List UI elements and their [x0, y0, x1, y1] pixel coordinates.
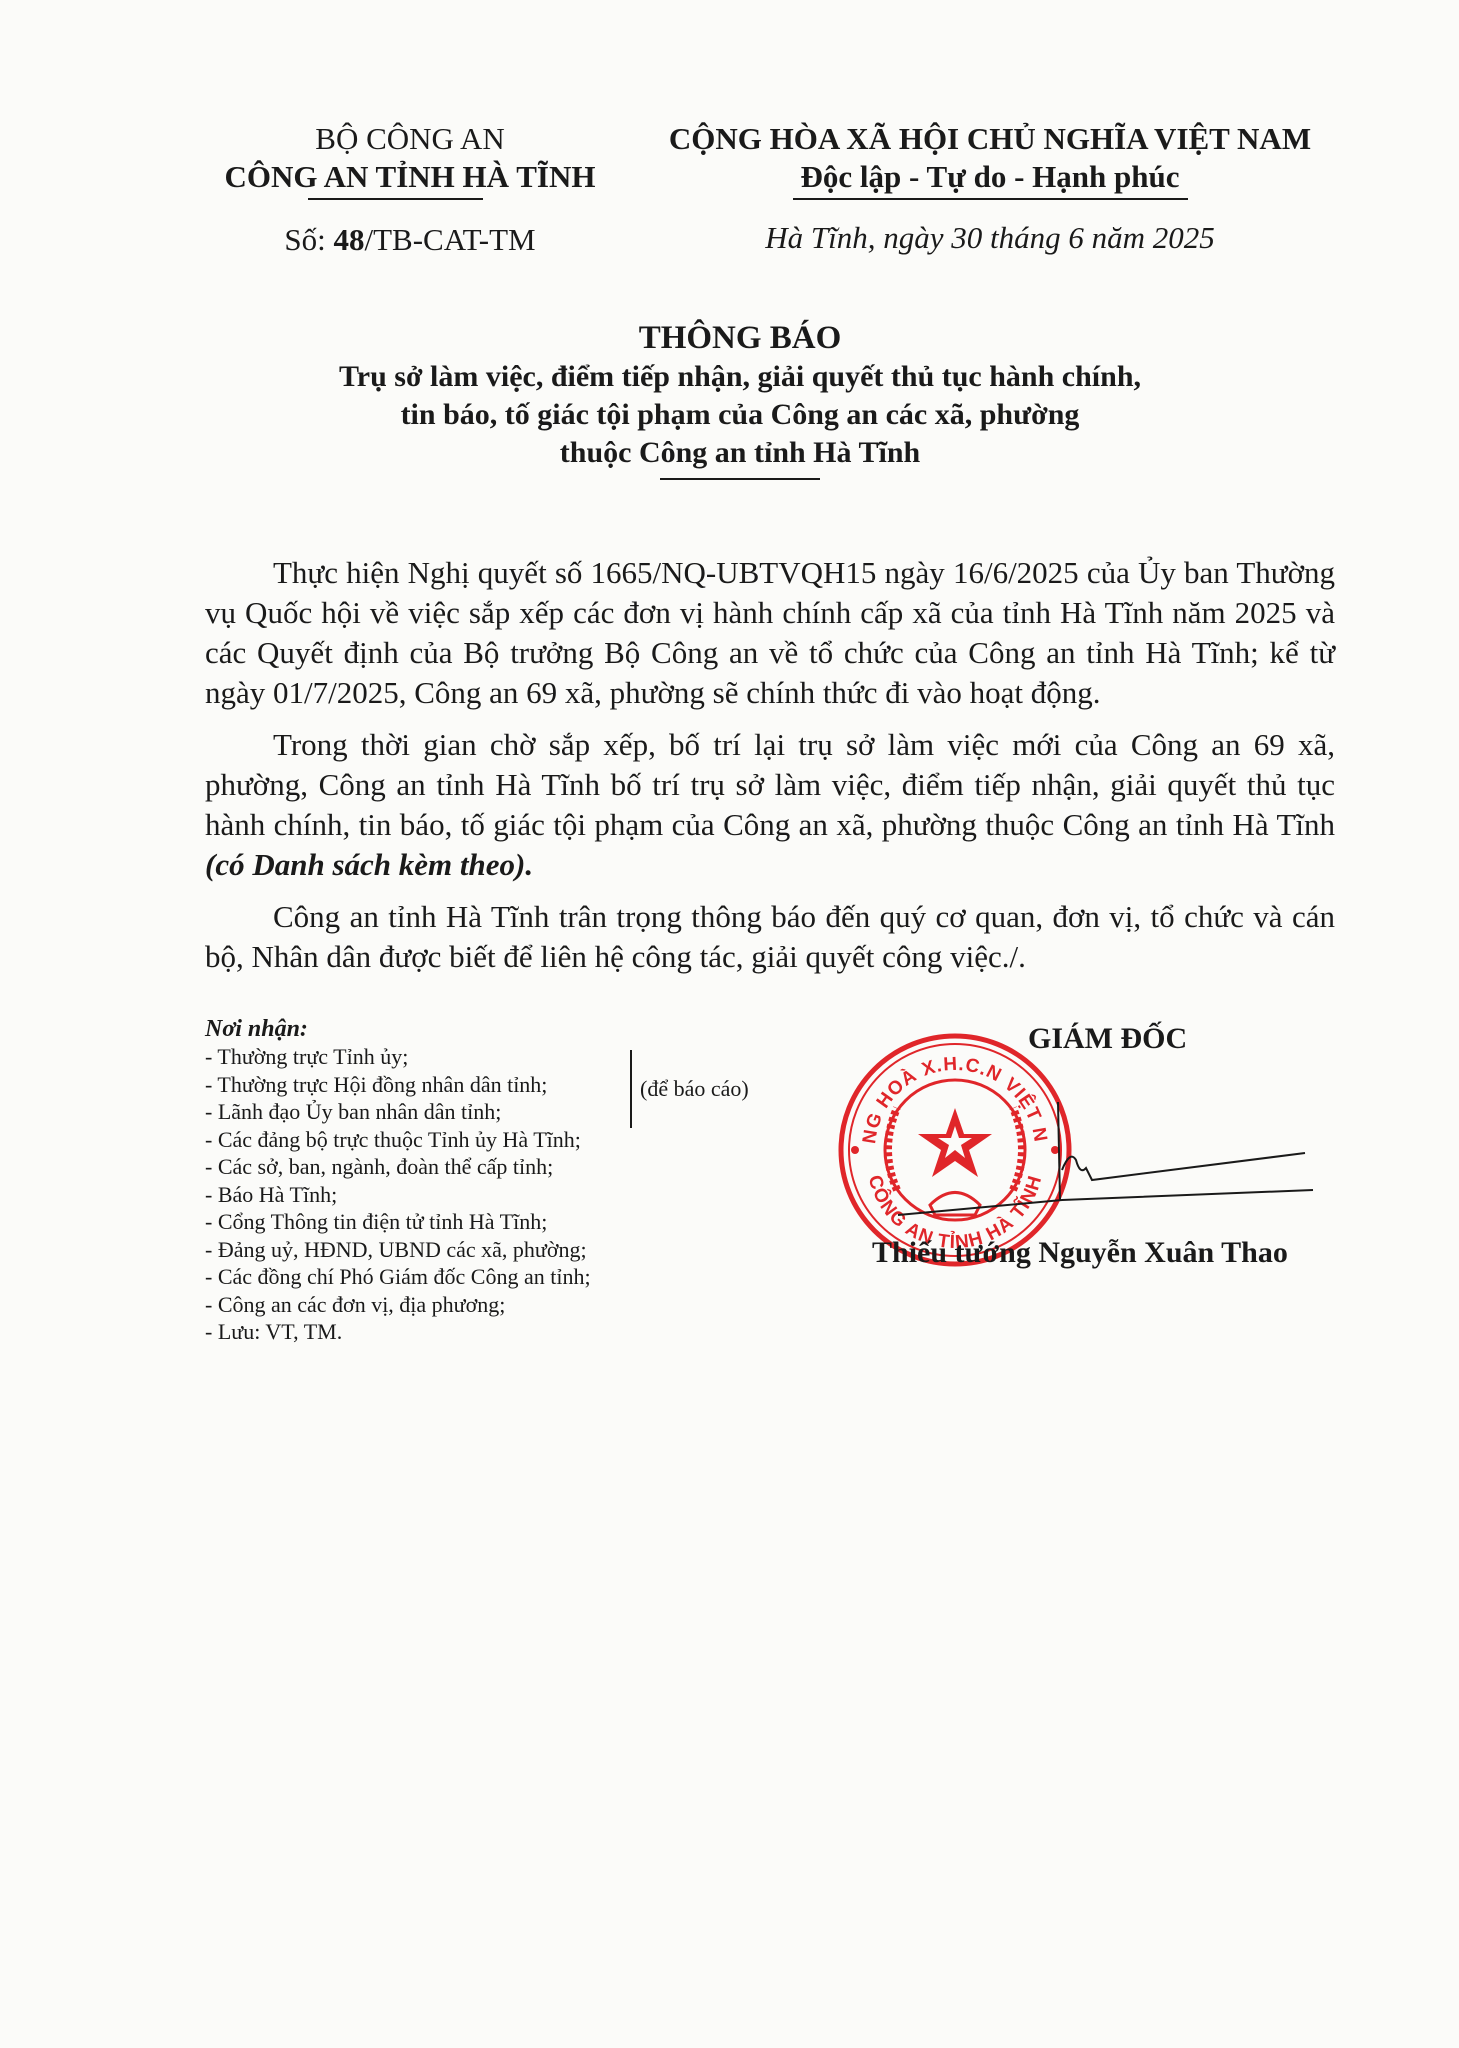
subject-line-1: Trụ sở làm việc, điểm tiếp nhận, giải qu… — [240, 358, 1240, 396]
recipient-item: - Lưu: VT, TM. — [205, 1318, 825, 1346]
recipient-item: - Lãnh đạo Ủy ban nhân dân tỉnh; — [205, 1098, 825, 1126]
motto-underline — [793, 198, 1188, 200]
signature-block: CỘNG HOÀ X.H.C.N VIỆT NAM CÔNG AN TỈNH H… — [830, 1010, 1350, 1310]
body-paragraph: Thực hiện Nghị quyết số 1665/NQ-UBTVQH15… — [205, 553, 1335, 713]
national-header-block: CỘNG HÒA XÃ HỘI CHỦ NGHĨA VIỆT NAM Độc l… — [640, 120, 1340, 256]
recipient-item: - Cổng Thông tin điện tử tỉnh Hà Tĩnh; — [205, 1208, 825, 1236]
issuing-agency-block: BỘ CÔNG AN CÔNG AN TỈNH HÀ TĨNH Số: 48/T… — [190, 120, 630, 258]
signer-name: Thiếu tướng Nguyễn Xuân Thao — [872, 1236, 1288, 1270]
signer-position: GIÁM ĐỐC — [1028, 1022, 1187, 1056]
document-body: Thực hiện Nghị quyết số 1665/NQ-UBTVQH15… — [205, 553, 1335, 989]
recipient-item: - Các đồng chí Phó Giám đốc Công an tỉnh… — [205, 1263, 825, 1291]
document-title: THÔNG BÁO Trụ sở làm việc, điểm tiếp nhậ… — [240, 318, 1240, 480]
recipient-item: - Công an các đơn vị, địa phương; — [205, 1291, 825, 1319]
recipient-item: - Các sở, ban, ngành, đoàn thể cấp tỉnh; — [205, 1153, 825, 1181]
national-motto: Độc lập - Tự do - Hạnh phúc — [640, 158, 1340, 196]
country-name: CỘNG HÒA XÃ HỘI CHỦ NGHĨA VIỆT NAM — [640, 120, 1340, 158]
agency-underline — [308, 198, 483, 200]
place-and-date: Hà Tĩnh, ngày 30 tháng 6 năm 2025 — [640, 220, 1340, 256]
ministry-name: BỘ CÔNG AN — [190, 120, 630, 158]
document-page: BỘ CÔNG AN CÔNG AN TỈNH HÀ TĨNH Số: 48/T… — [0, 0, 1459, 2048]
recipient-item: - Báo Hà Tĩnh; — [205, 1181, 825, 1209]
body-paragraph: Công an tỉnh Hà Tĩnh trân trọng thông bá… — [205, 897, 1335, 977]
title-divider — [660, 478, 820, 480]
recipient-item: - Đảng uỷ, HĐND, UBND các xã, phường; — [205, 1236, 825, 1264]
bracket-note: (để báo cáo) — [640, 1076, 749, 1102]
document-number: Số: 48/TB-CAT-TM — [190, 222, 630, 258]
recipient-item: - Các đảng bộ trực thuộc Tỉnh ủy Hà Tĩnh… — [205, 1126, 825, 1154]
subject-line-3: thuộc Công an tỉnh Hà Tĩnh — [240, 434, 1240, 472]
attachment-note: (có Danh sách kèm theo). — [205, 847, 533, 882]
body-paragraph: Trong thời gian chờ sắp xếp, bố trí lại … — [205, 725, 1335, 885]
agency-name: CÔNG AN TỈNH HÀ TĨNH — [190, 158, 630, 196]
recipients-bracket — [630, 1050, 632, 1128]
recipients-list: Nơi nhận: - Thường trực Tỉnh ủy; - Thườn… — [205, 1015, 825, 1346]
recipient-item: - Thường trực Tỉnh ủy; — [205, 1043, 825, 1071]
document-type: THÔNG BÁO — [240, 318, 1240, 358]
recipients-title: Nơi nhận: — [205, 1015, 825, 1043]
subject-line-2: tin báo, tố giác tội phạm của Công an cá… — [240, 396, 1240, 434]
